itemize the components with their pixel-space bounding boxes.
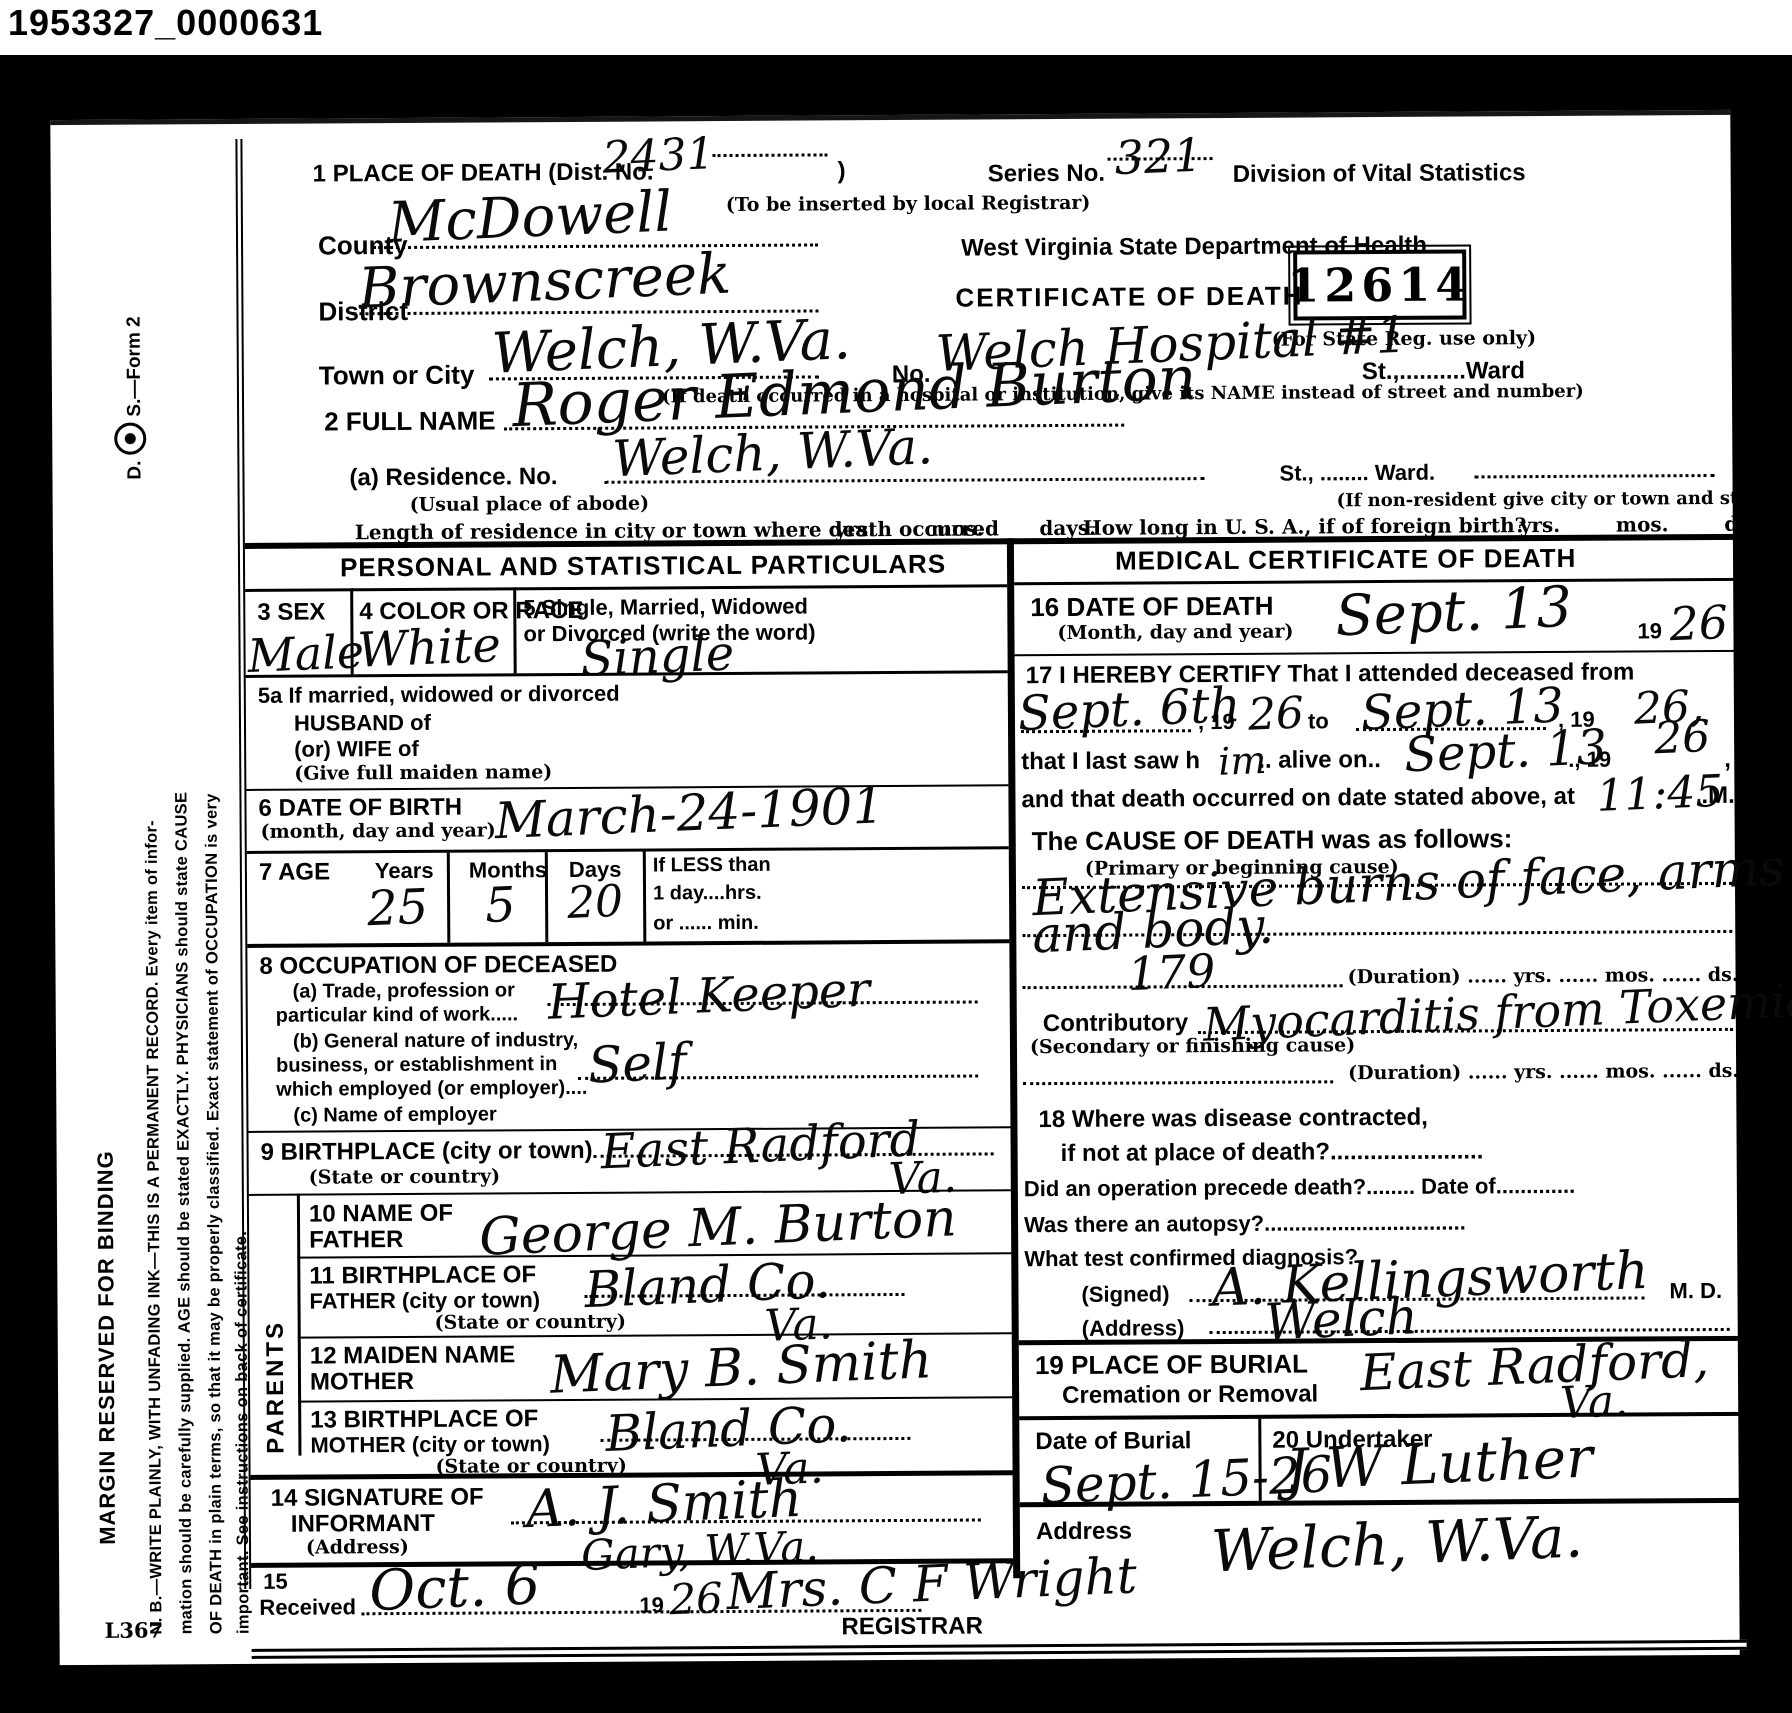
certificate-form: 1 PLACE OF DEATH (Dist. No. 2431 ) Serie… (235, 130, 1746, 1589)
autopsy-question: Was there an autopsy?...................… (1024, 1210, 1466, 1239)
occupation-a-line2: particular kind of work..... (276, 1003, 518, 1027)
father-birthplace-label1: 11 BIRTHPLACE OF (309, 1261, 536, 1290)
from-year-value: 26 (1247, 688, 1305, 741)
physician-address-label: (Address) (1082, 1315, 1185, 1342)
operation-question: Did an operation precede death?........ … (1024, 1173, 1575, 1202)
occupation-a-value: Hotel Keeper (547, 962, 872, 1031)
birthplace-sub-label: (State or country) (309, 1165, 500, 1188)
burial-state-value: Va. (1559, 1375, 1629, 1429)
age-label: 7 AGE (259, 858, 330, 886)
cause-code-value: 179 (1126, 944, 1216, 1002)
full-name-label: 2 FULL NAME (324, 405, 496, 437)
received-year-value: 26 (668, 1573, 723, 1624)
abode-note: (Usual place of abode) (410, 492, 650, 515)
occupation-c-label: (c) Name of employer (293, 1103, 497, 1127)
md-label: M. D. (1669, 1278, 1722, 1304)
mother-maiden-label2: MOTHER (310, 1368, 414, 1397)
received-year-printed: 19 (639, 1592, 664, 1618)
father-birthplace-sub: (State or country) (435, 1311, 626, 1334)
from-19-printed: , 19 (1198, 709, 1235, 735)
undertaker-address-label: Address (1036, 1518, 1132, 1547)
undertaker-signature-value: J W Luther (1284, 1425, 1594, 1503)
informant-label2: INFORMANT (291, 1510, 435, 1539)
birthplace-value: East Radford (600, 1111, 922, 1180)
document-page: D.S.—Form 2 MARGIN RESERVED FOR BINDING … (50, 110, 1739, 1665)
field15-number: 15 (263, 1569, 288, 1595)
field5a-line1: 5a If married, widowed or divorced (258, 681, 620, 709)
to-word: to (1308, 708, 1329, 734)
nonresident-note: (If non-resident give city or town and s… (1337, 488, 1779, 512)
field5a-line2: HUSBAND of (294, 710, 431, 737)
race-value: White (356, 617, 501, 679)
informant-label1: 14 SIGNATURE OF (271, 1484, 484, 1513)
date-of-death-sub: (Month, day and year) (1057, 621, 1293, 644)
form-stock-code: L367 (104, 1617, 163, 1642)
margin-note-line2: mation should be carefully supplied. AGE… (169, 304, 196, 1634)
dob-label: 6 DATE OF BIRTH (258, 794, 462, 823)
town-label: Town or City (319, 360, 475, 392)
age-days-value: 20 (566, 876, 624, 929)
occupation-b-line3: which employed (or employer).... (276, 1077, 587, 1102)
place-of-burial-label2: Cremation or Removal (1062, 1380, 1318, 1410)
scanned-death-certificate: 1953327_0000631 D.S.—Form 2 MARGIN RESER… (0, 0, 1792, 1713)
occupation-a-line1: (a) Trade, profession or (293, 979, 515, 1003)
saw-comma: , (1724, 746, 1731, 774)
father-name-label2: FATHER (309, 1226, 403, 1255)
death-year-printed: 19 (1637, 618, 1662, 644)
right-section-header: MEDICAL CERTIFICATE OF DEATH (1115, 543, 1577, 577)
age-less-line3: or ...... min. (653, 912, 759, 936)
age-less-line2: 1 day....hrs. (653, 882, 762, 906)
occupation-b-line1: (b) General nature of industry, (293, 1029, 578, 1054)
age-months-value: 5 (484, 877, 517, 934)
mother-birthplace-label1: 13 BIRTHPLACE OF (310, 1405, 538, 1434)
saw-19-printed: ., 19 (1568, 747, 1611, 773)
undertaker-address-value: Welch, W.Va. (1210, 1502, 1584, 1585)
field1-close-paren: ) (838, 157, 846, 185)
date-of-death-value: Sept. 13 (1334, 575, 1573, 650)
age-years-value: 25 (366, 879, 429, 937)
scan-background: D.S.—Form 2 MARGIN RESERVED FOR BINDING … (0, 55, 1792, 1713)
form-bottom-rule (252, 1640, 1747, 1659)
field5a-line4: (Give full maiden name) (294, 761, 552, 785)
margin-binding-label: MARGIN RESERVED FOR BINDING (91, 875, 121, 1545)
scan-id-label: 1953327_0000631 (8, 2, 323, 44)
marital-value: Single (580, 625, 736, 687)
field5a-line3: (or) WIFE of (294, 736, 419, 763)
last-saw-printed2: .. alive on.. (1258, 746, 1381, 775)
saw-year-value: 26 (1653, 711, 1711, 764)
secondary-cause-sub: (Secondary or finishing cause) (1030, 1034, 1355, 1058)
mother-maiden-label1: 12 MAIDEN NAME (310, 1341, 516, 1370)
last-saw-printed1: that I last saw h (1021, 747, 1200, 776)
division-label: Division of Vital Statistics (1233, 159, 1526, 189)
duration-label2: (Duration) ...... yrs. ...... mos. .....… (1348, 1060, 1739, 1084)
place-of-burial-label1: 19 PLACE OF BURIAL (1035, 1348, 1308, 1381)
signed-label: (Signed) (1081, 1281, 1169, 1308)
residence-st-ward-label: St., ........ Ward. (1279, 460, 1435, 487)
field18-line2: if not at place of death?...............… (1061, 1137, 1484, 1168)
margin-note-line3: OF DEATH in plain terms, so that it may … (199, 304, 226, 1634)
dob-sub-label: (month, day and year) (261, 819, 496, 842)
margin-note-line1: N. B.—WRITE PLAINLY, WITH UNFADING INK—T… (139, 304, 166, 1634)
birthplace-label: 9 BIRTHPLACE (city or town) (261, 1137, 593, 1167)
residence-value: Welch, W.Va. (611, 417, 934, 488)
date-of-death-label: 16 DATE OF DEATH (1030, 591, 1273, 623)
death-occurred-statement: and that death occurred on date stated a… (1021, 783, 1575, 814)
occupation-b-line2: business, or establishment in (276, 1053, 557, 1078)
received-label: Received (259, 1594, 356, 1621)
howlong-usa-units: yrs. mos. days. (1520, 512, 1781, 538)
occupation-b-value: Self (587, 1033, 688, 1095)
mother-maiden-value: Mary B. Smith (549, 1330, 933, 1406)
contributory-label: Contributory (1043, 1009, 1188, 1038)
registrar-label: REGISTRAR (841, 1612, 983, 1641)
parents-vertical-label: PARENTS (261, 1214, 290, 1454)
field18-line1: 18 Where was disease contracted, (1038, 1104, 1428, 1134)
death-year-value: 26 (1668, 595, 1729, 651)
certificate-of-death-title: CERTIFICATE OF DEATH (955, 280, 1303, 313)
residence-label: (a) Residence. No. (349, 463, 557, 492)
sex-label: 3 SEX (257, 598, 325, 626)
district-number-value: 2431 (602, 128, 716, 184)
left-section-header: PERSONAL AND STATISTICAL PARTICULARS (340, 549, 946, 584)
informant-address-label: (Address) (306, 1536, 409, 1559)
insert-note: (To be inserted by local Registrar) (726, 192, 1091, 216)
page-torn-edge (50, 110, 1730, 125)
marital-label-line1: 5 Single, Married, Widowed (523, 594, 808, 622)
series-no-label: Series No. (988, 160, 1106, 189)
age-less-line1: If LESS than (653, 854, 771, 878)
time-m-label: .M. (1701, 782, 1734, 810)
father-name-label1: 10 NAME OF (309, 1200, 453, 1229)
